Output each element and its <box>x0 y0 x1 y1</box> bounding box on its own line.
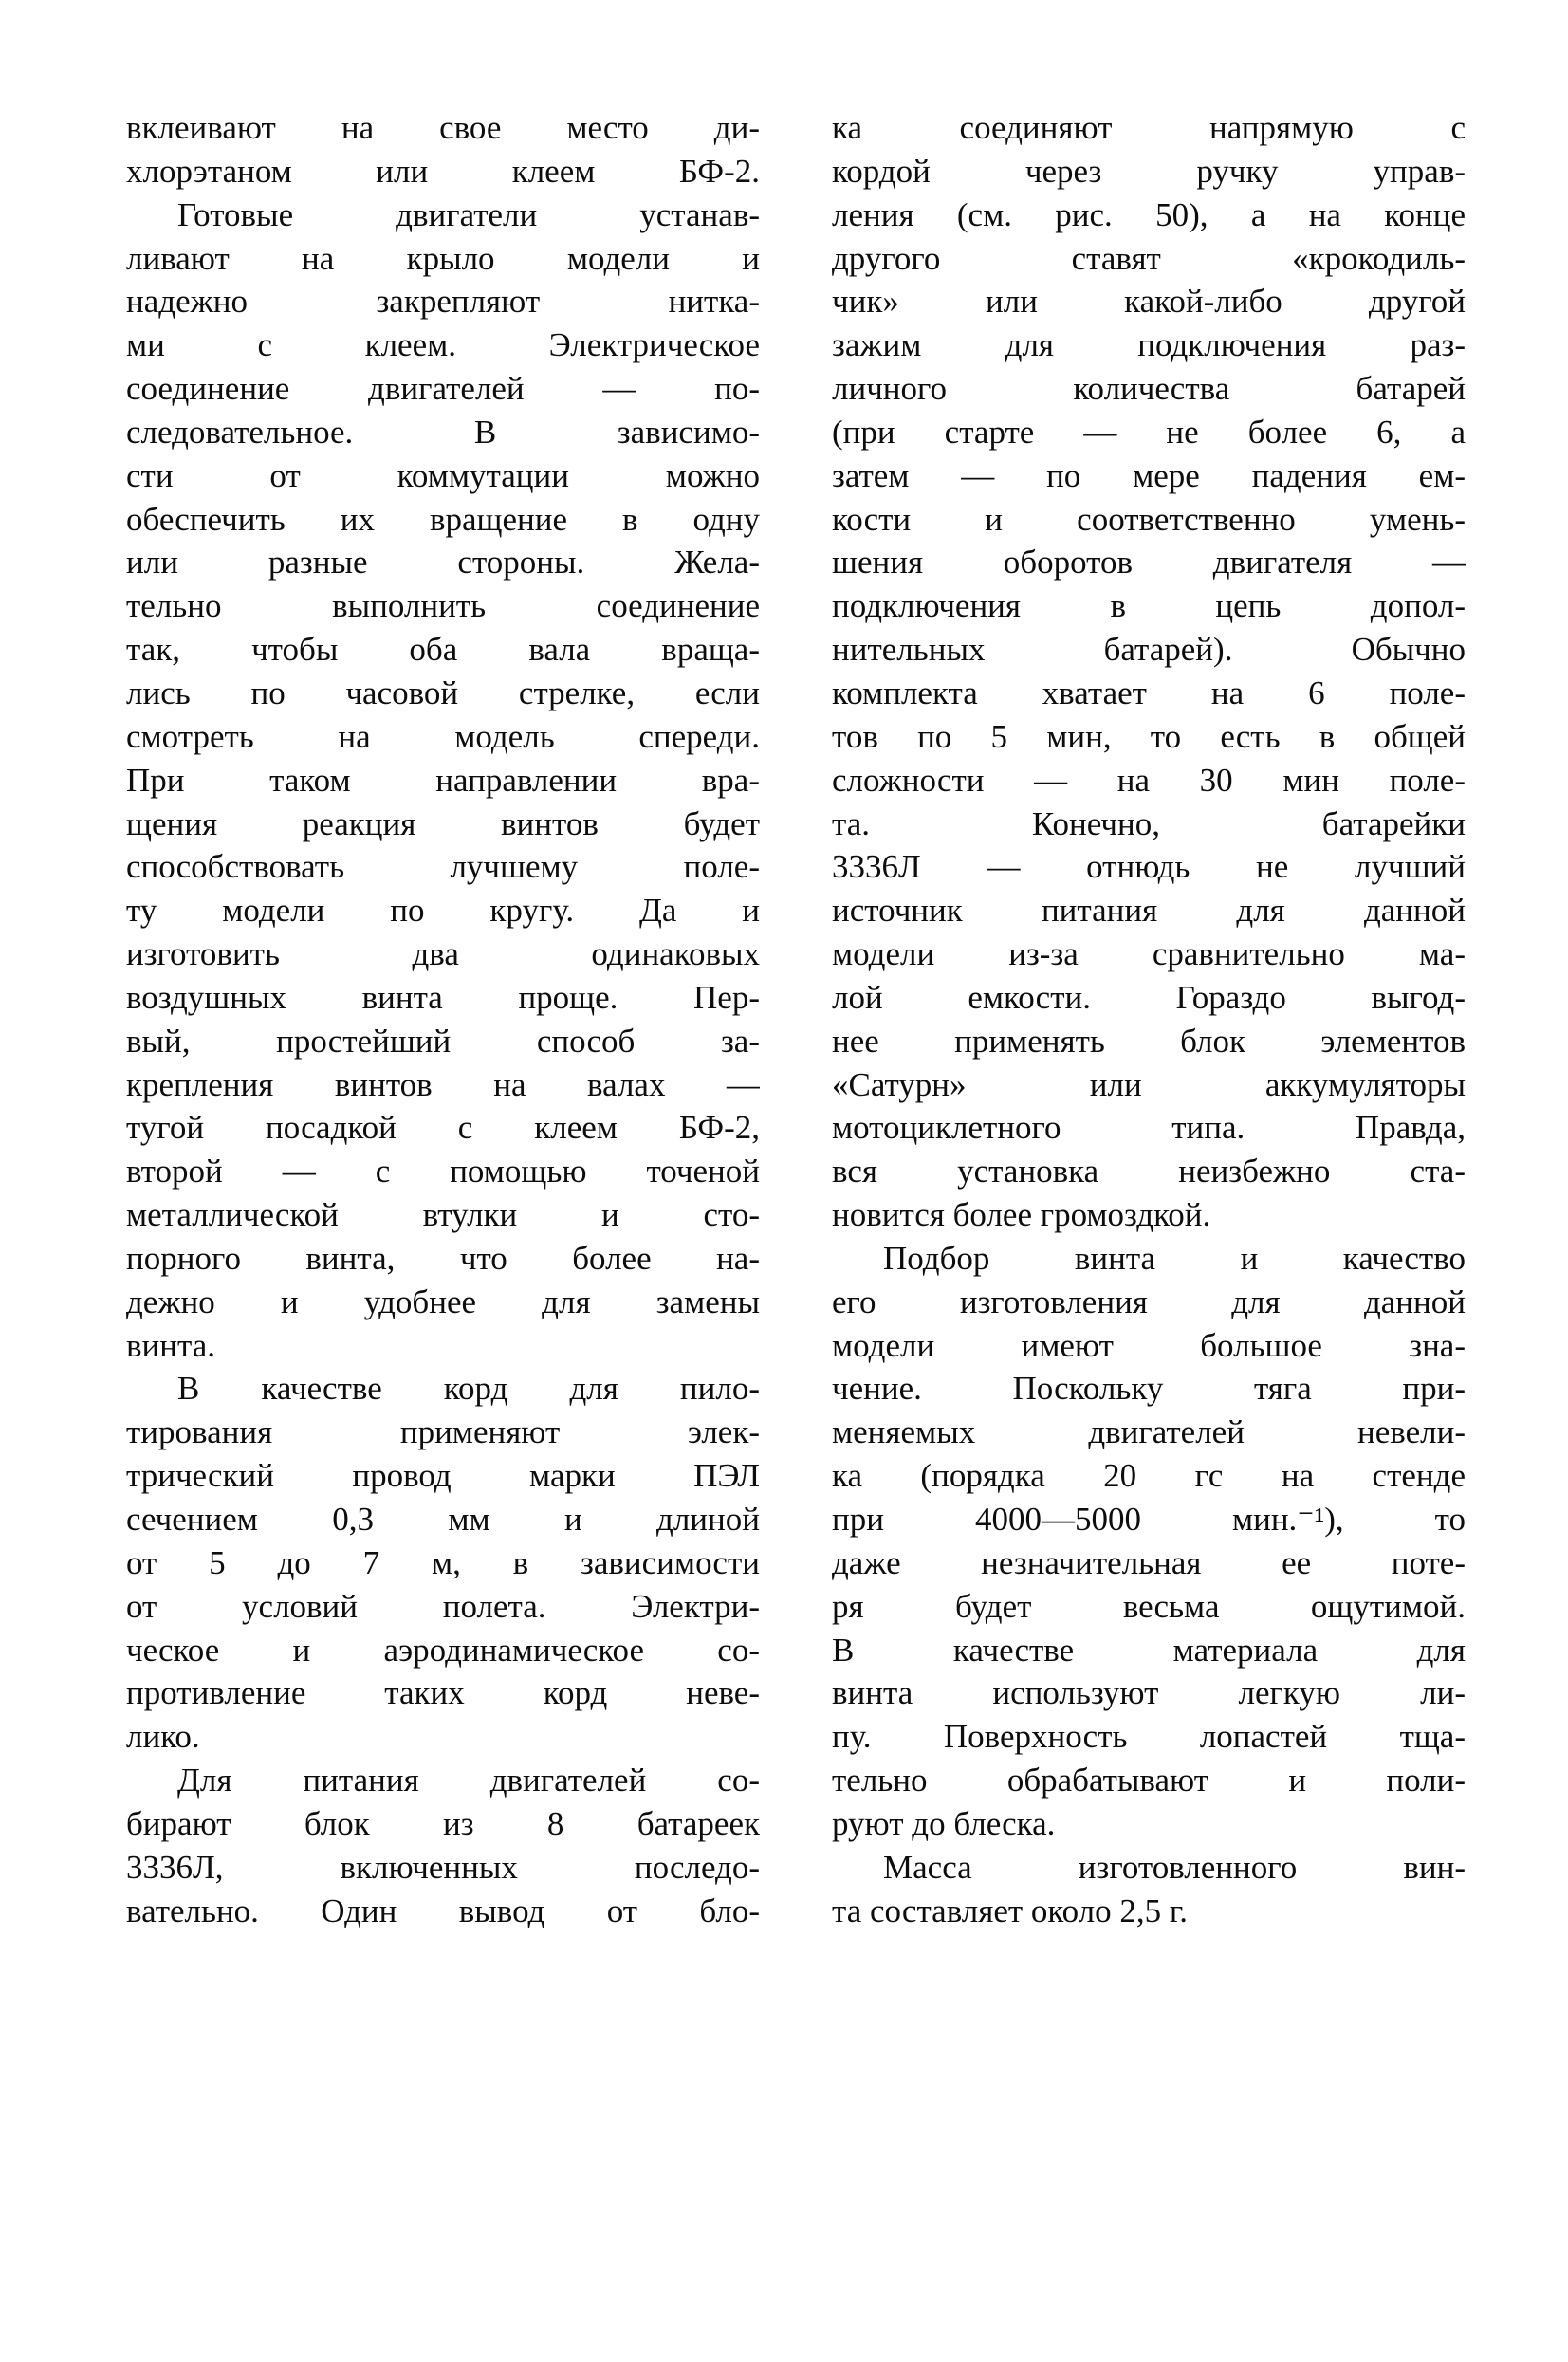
text-line: ка соединяют напрямую с <box>832 106 1466 150</box>
text-line: надежно закрепляют нитка- <box>126 280 760 323</box>
text-line: вательно. Один вывод от бло- <box>126 1890 760 1933</box>
column-right: ка соединяют напрямую скордой через ручк… <box>832 106 1466 1932</box>
text-line: та. Конечно, батарейки <box>832 803 1466 846</box>
text-line: металлической втулки и сто- <box>126 1193 760 1237</box>
text-line: при 4000—5000 мин.⁻¹), то <box>832 1498 1466 1541</box>
text-line: модели из-за сравнительно ма- <box>832 932 1466 976</box>
text-line: мотоциклетного типа. Правда, <box>832 1106 1466 1150</box>
text-line: от условий полета. Электри- <box>126 1585 760 1629</box>
text-line: меняемых двигателей невели- <box>832 1411 1466 1454</box>
text-line: 3336Л — отнюдь не лучший <box>832 845 1466 889</box>
text-line: винта используют легкую ли- <box>832 1671 1466 1715</box>
text-line: щения реакция винтов будет <box>126 803 760 846</box>
text-line: руют до блеска. <box>832 1802 1466 1846</box>
text-line: В качестве корд для пило- <box>126 1367 760 1411</box>
text-line: вклеивают на свое место ди- <box>126 106 760 150</box>
text-line: бирают блок из 8 батареек <box>126 1802 760 1846</box>
text-line: крепления винтов на валах — <box>126 1063 760 1107</box>
text-line: следовательное. В зависимо- <box>126 411 760 454</box>
text-line: другого ставят «крокодиль- <box>832 237 1466 281</box>
text-line: источник питания для данной <box>832 889 1466 932</box>
text-line: В качестве материала для <box>832 1629 1466 1672</box>
page: вклеивают на свое место ди-хлорэтаном ил… <box>0 0 1568 2362</box>
text-line: дежно и удобнее для замены <box>126 1281 760 1324</box>
text-line: ческое и аэродинамическое со- <box>126 1629 760 1672</box>
text-line: шения оборотов двигателя — <box>832 541 1466 584</box>
text-line: или разные стороны. Жела- <box>126 541 760 584</box>
text-line: тов по 5 мин, то есть в общей <box>832 715 1466 759</box>
text-line: Готовые двигатели устанав- <box>126 194 760 237</box>
text-line: ка (порядка 20 гс на стенде <box>832 1454 1466 1498</box>
text-line: кордой через ручку управ- <box>832 150 1466 194</box>
text-line: от 5 до 7 м, в зависимости <box>126 1541 760 1585</box>
text-line: винта. <box>126 1324 760 1368</box>
text-line: противление таких корд неве- <box>126 1671 760 1715</box>
text-line: «Сатурн» или аккумуляторы <box>832 1063 1466 1107</box>
text-line: трический провод марки ПЭЛ <box>126 1454 760 1498</box>
text-line: смотреть на модель спереди. <box>126 715 760 759</box>
text-line: подключения в цепь допол- <box>832 584 1466 628</box>
text-line: ливают на крыло модели и <box>126 237 760 281</box>
text-line: новится более громоздкой. <box>832 1193 1466 1237</box>
text-line: затем — по мере падения ем- <box>832 454 1466 498</box>
text-line: комплекта хватает на 6 поле- <box>832 672 1466 715</box>
text-line: лико. <box>126 1715 760 1759</box>
text-line: сложности — на 30 мин поле- <box>832 759 1466 803</box>
text-line: пу. Поверхность лопастей тща- <box>832 1715 1466 1759</box>
text-line: (при старте — не более 6, а <box>832 411 1466 454</box>
text-line: лись по часовой стрелке, если <box>126 672 760 715</box>
text-line: второй — с помощью точеной <box>126 1150 760 1193</box>
column-left: вклеивают на свое место ди-хлорэтаном ил… <box>126 106 760 1932</box>
text-line: Для питания двигателей со- <box>126 1759 760 1802</box>
text-line: чение. Поскольку тяга при- <box>832 1367 1466 1411</box>
text-line: личного количества батарей <box>832 367 1466 411</box>
text-line: Подбор винта и качество <box>832 1237 1466 1281</box>
text-line: зажим для подключения раз- <box>832 323 1466 367</box>
text-line: тельно выполнить соединение <box>126 584 760 628</box>
text-line: та составляет около 2,5 г. <box>832 1890 1466 1933</box>
text-line: изготовить два одинаковых <box>126 932 760 976</box>
text-line: тельно обрабатывают и поли- <box>832 1759 1466 1802</box>
text-line: нительных батарей). Обычно <box>832 628 1466 672</box>
text-line: ления (см. рис. 50), а на конце <box>832 194 1466 237</box>
text-line: модели имеют большое зна- <box>832 1324 1466 1368</box>
text-line: вый, простейший способ за- <box>126 1020 760 1063</box>
text-line: ря будет весьма ощутимой. <box>832 1585 1466 1629</box>
text-line: Масса изготовленного вин- <box>832 1846 1466 1890</box>
text-line: сечением 0,3 мм и длиной <box>126 1498 760 1541</box>
text-line: хлорэтаном или клеем БФ-2. <box>126 150 760 194</box>
text-line: соединение двигателей — по- <box>126 367 760 411</box>
text-line: кости и соответственно умень- <box>832 498 1466 542</box>
text-line: лой емкости. Гораздо выгод- <box>832 976 1466 1020</box>
text-line: ми с клеем. Электрическое <box>126 323 760 367</box>
text-line: тугой посадкой с клеем БФ-2, <box>126 1106 760 1150</box>
text-line: порного винта, что более на- <box>126 1237 760 1281</box>
text-line: обеспечить их вращение в одну <box>126 498 760 542</box>
text-line: тирования применяют элек- <box>126 1411 760 1454</box>
text-line: сти от коммутации можно <box>126 454 760 498</box>
text-line: чик» или какой-либо другой <box>832 280 1466 323</box>
text-line: ту модели по кругу. Да и <box>126 889 760 932</box>
text-line: так, чтобы оба вала враща- <box>126 628 760 672</box>
text-line: способствовать лучшему поле- <box>126 845 760 889</box>
text-line: 3336Л, включенных последо- <box>126 1846 760 1890</box>
text-line: его изготовления для данной <box>832 1281 1466 1324</box>
text-line: воздушных винта проще. Пер- <box>126 976 760 1020</box>
text-line: нее применять блок элементов <box>832 1020 1466 1063</box>
text-line: При таком направлении вра- <box>126 759 760 803</box>
text-line: даже незначительная ее поте- <box>832 1541 1466 1585</box>
text-line: вся установка неизбежно ста- <box>832 1150 1466 1193</box>
